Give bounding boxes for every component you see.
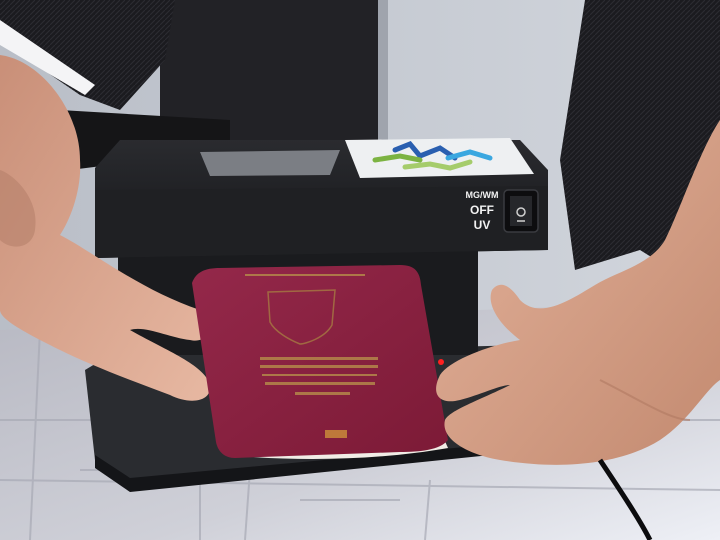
passport-cover [192, 265, 448, 459]
switch-label-uv: UV [462, 218, 502, 232]
indicator-led [437, 358, 445, 366]
switch-label-off: OFF [462, 203, 502, 217]
scene-illustration [0, 0, 720, 540]
power-switch[interactable] [504, 190, 538, 232]
switch-label-mg-wm: MG/WM [462, 190, 502, 200]
photo-scene: MG/WM OFF UV [0, 0, 720, 540]
